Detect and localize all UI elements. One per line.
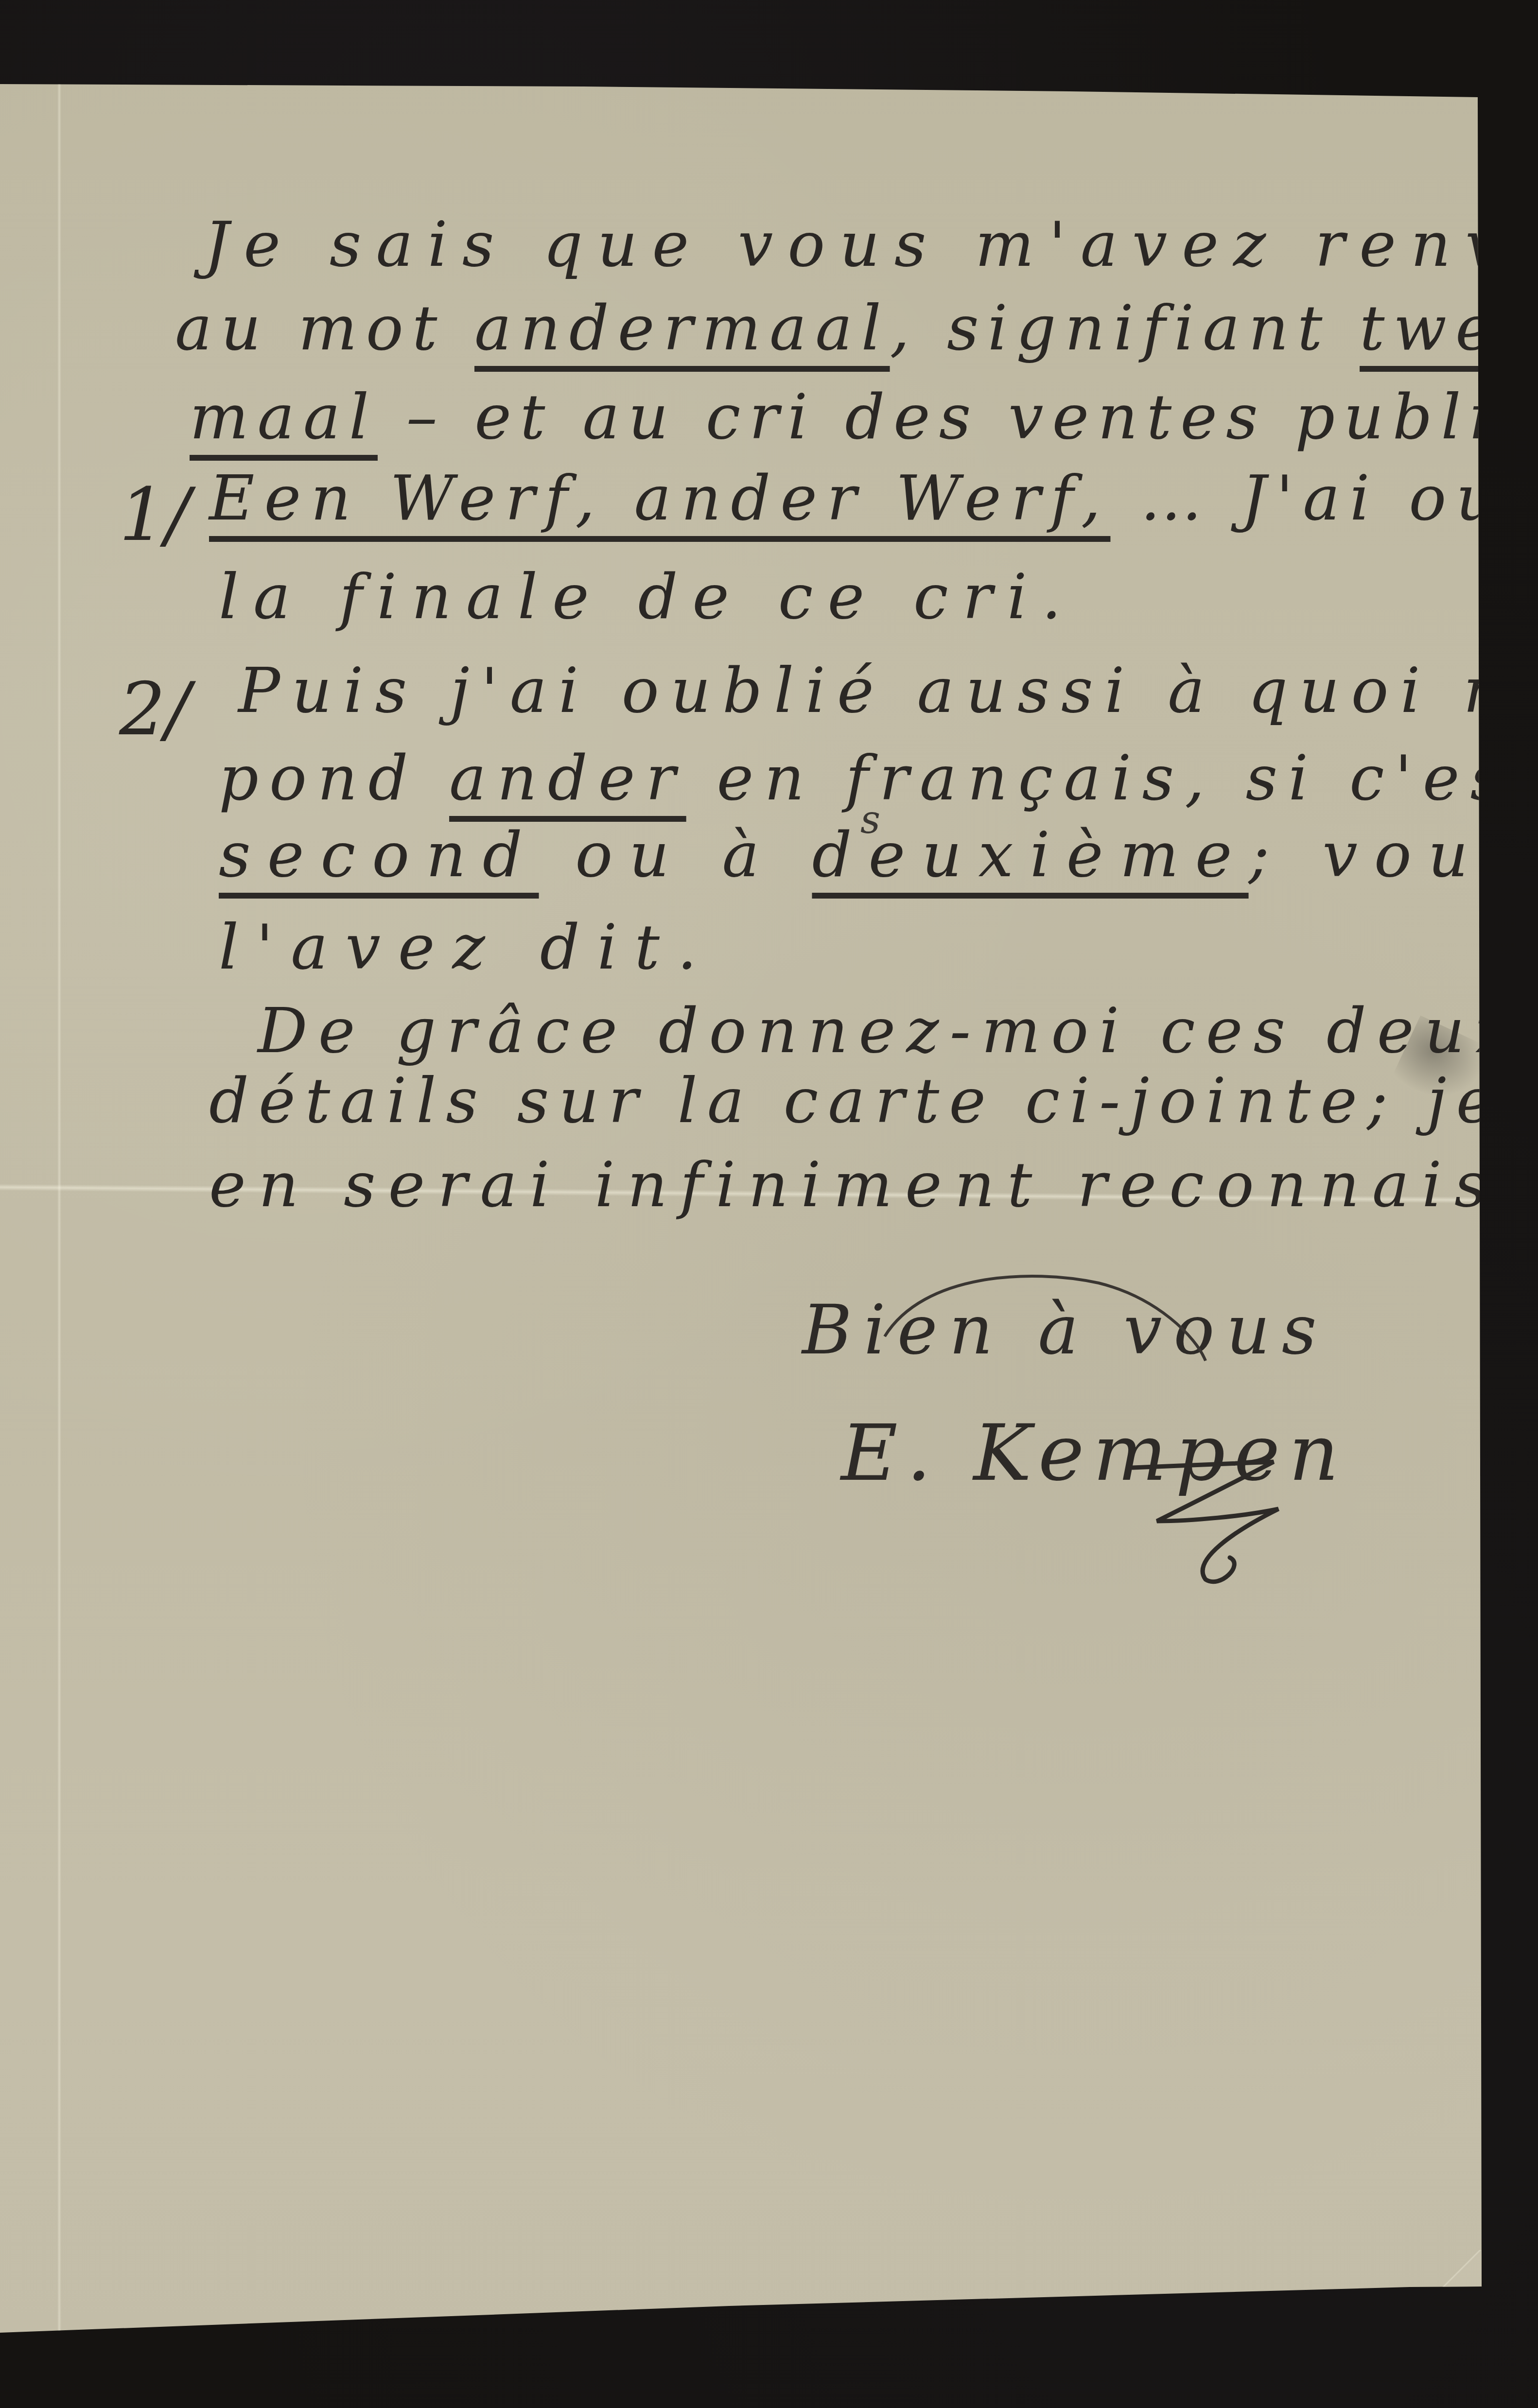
underlined-word-andermaal: andermaal — [474, 292, 890, 364]
closing-flourish — [826, 1264, 1264, 1380]
letter-line-10: De grâce donnez-moi ces deux petits — [258, 1000, 1538, 1062]
underlined-word-maal: maal — [190, 381, 378, 453]
letter-line-9: l'avez dit. — [219, 917, 715, 979]
folded-corner — [1439, 2250, 1483, 2289]
letter-line-4: Een Werf, ander Werf, … J'ai oublié — [209, 468, 1538, 530]
letter-line-3: maal – et au cri des ventes publiques: — [190, 386, 1538, 449]
letter-line-11: détails sur la carte ci-jointe; je vous — [209, 1070, 1538, 1132]
underlined-word-deuxieme: deuxième — [812, 819, 1248, 891]
list-number-2: 2/ — [119, 673, 190, 746]
letter-line-1: Je sais que vous m'avez renvoyé — [204, 214, 1538, 276]
signature-flourish — [1118, 1448, 1337, 1594]
underlined-phrase-een-werf: Een Werf, ander Werf, — [209, 462, 1110, 535]
list-number-1: 1/ — [119, 479, 190, 552]
underlined-word-second: second — [219, 819, 539, 891]
letter-line-12: en serai infiniment reconnaissant. — [209, 1154, 1538, 1216]
letter-line-6: Puis j'ai oublié aussi à quoi ré– — [238, 660, 1538, 722]
letter-line-5: la finale de ce cri. — [219, 566, 1076, 628]
underlined-word-ander: ander — [449, 742, 686, 814]
vertical-crease — [57, 83, 61, 2338]
letter-line-2: au mot andermaal, signifiant tweede — [175, 297, 1538, 360]
letter-page: Je sais que vous m'avez renvoyé au mot a… — [0, 0, 1538, 2408]
letter-line-8: second ou à deuxième; vous me — [219, 824, 1538, 886]
